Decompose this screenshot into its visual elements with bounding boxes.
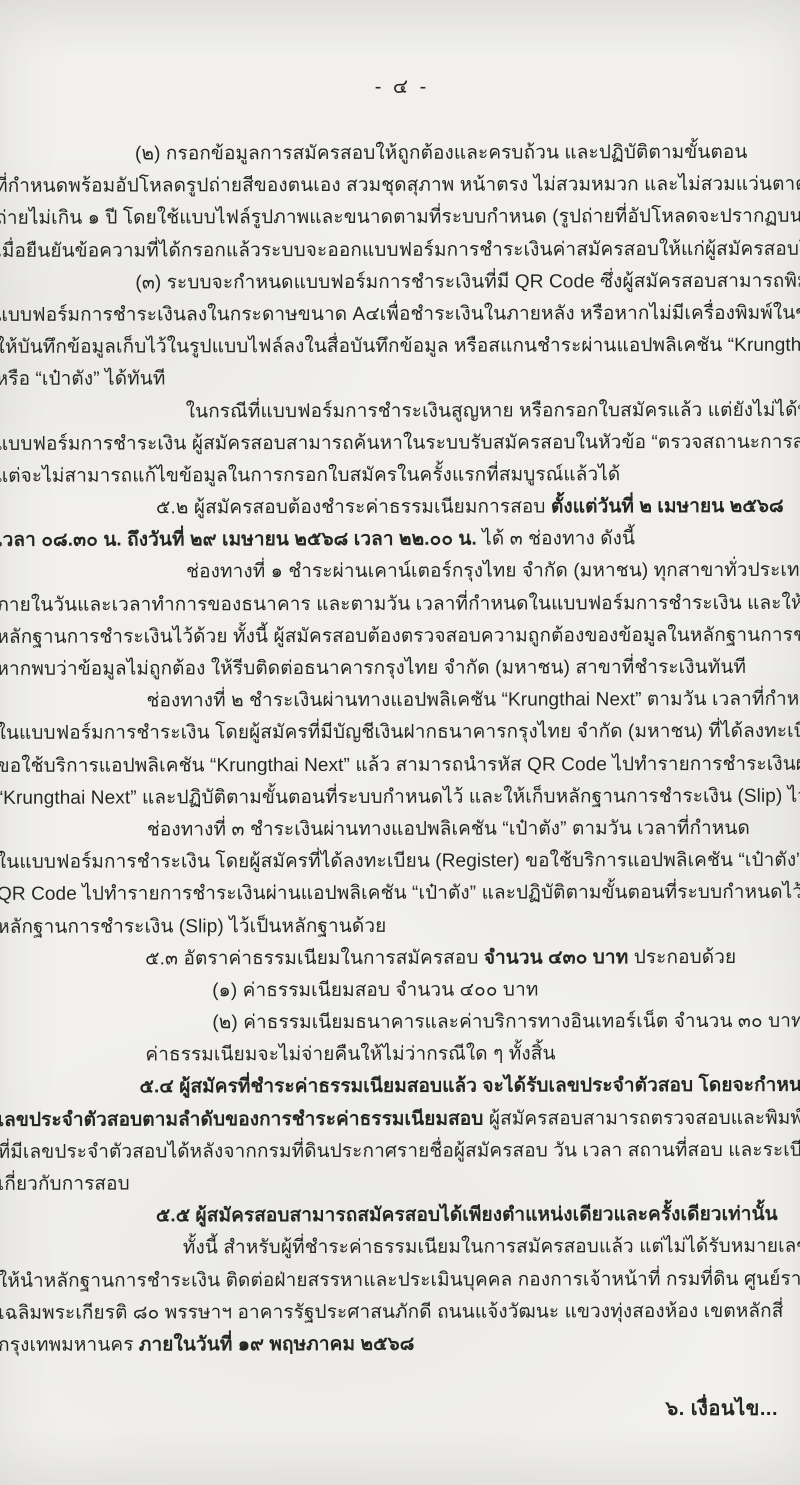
text-line: (๑) ค่าธรรมเนียมสอบ จำนวน ๔๐๐ บาท: [0, 974, 800, 1008]
text-segment: ถ่ายไม่เกิน ๑ ปี โดยใช้แบบไฟล์รูปภาพและข…: [0, 206, 800, 229]
text-segment: ๕.๓ อัตราค่าธรรมเนียมในการสมัครสอบ: [145, 947, 484, 969]
text-line: (๒) กรอกข้อมูลการสมัครสอบให้ถูกต้องและคร…: [0, 137, 800, 171]
bold-text-segment: เลขประจำตัวสอบตามลำดับของการชำระค่าธรรมเ…: [0, 1108, 483, 1130]
text-line: (๓) ระบบจะกำหนดแบบฟอร์มการชำระเงินที่มี …: [0, 265, 800, 299]
text-line: เมื่อยืนยันข้อความที่ได้กรอกแล้วระบบจะออ…: [0, 233, 800, 267]
text-line: แบบฟอร์มการชำระเงินลงในกระดาษขนาด A๔เพื่…: [0, 298, 800, 332]
text-line: แต่จะไม่สามารถแก้ไขข้อมูลในการกรอกใบสมัค…: [0, 459, 800, 493]
text-segment: ให้นำหลักฐานการชำระเงิน ติดต่อฝ่ายสรรหาแ…: [0, 1268, 800, 1291]
continuation-catchword: ๖. เงื่อนไข...: [666, 1392, 779, 1424]
text-segment: ในแบบฟอร์มการชำระเงิน โดยผู้สมัครที่มีบั…: [0, 721, 800, 744]
text-line: ให้บันทึกข้อมูลเก็บไว้ในรูปแบบไฟล์ลงในสื…: [0, 330, 800, 364]
text-line: หากพบว่าข้อมูลไม่ถูกต้อง ให้รีบติดต่อธนา…: [0, 652, 800, 686]
text-segment: ๕.๒ ผู้สมัครสอบต้องชำระค่าธรรมเนียมการสอ…: [156, 496, 551, 518]
text-segment: (๒) ค่าธรรมเนียมธนาคารและค่าบริการทางอิน…: [212, 1011, 800, 1034]
bold-text-segment: ๕.๕ ผู้สมัครสอบสามารถสมัครสอบได้เพียงตำแ…: [156, 1204, 778, 1227]
text-line: ทั้งนี้ สำหรับผู้ที่ชำระค่าธรรมเนียมในกา…: [0, 1231, 800, 1265]
text-line: หลักฐานการชำระเงิน (Slip) ไว้เป็นหลักฐาน…: [0, 909, 800, 943]
text-line: ช่องทางที่ ๑ ชำระผ่านเคาน์เตอร์กรุงไทย จ…: [0, 555, 800, 589]
text-segment: ได้ ๓ ช่องทาง ดังนี้: [477, 528, 635, 549]
text-segment: (๑) ค่าธรรมเนียมสอบ จำนวน ๔๐๐ บาท: [212, 979, 538, 1001]
text-segment: (๒) กรอกข้อมูลการสมัครสอบให้ถูกต้องและคร…: [135, 142, 747, 165]
text-line: ๕.๒ ผู้สมัครสอบต้องชำระค่าธรรมเนียมการสอ…: [0, 491, 800, 525]
text-segment: ทั้งนี้ สำหรับผู้ที่ชำระค่าธรรมเนียมในกา…: [183, 1236, 800, 1259]
text-line: “Krungthai Next” และปฏิบัติตามขั้นตอนที่…: [0, 780, 800, 814]
text-line: ถ่ายไม่เกิน ๑ ปี โดยใช้แบบไฟล์รูปภาพและข…: [0, 201, 800, 235]
text-line: ค่าธรรมเนียมจะไม่จ่ายคืนให้ไม่ว่ากรณีใด …: [0, 1038, 800, 1072]
text-line: ๕.๕ ผู้สมัครสอบสามารถสมัครสอบได้เพียงตำแ…: [0, 1199, 800, 1233]
bold-text-segment: ๕.๔ ผู้สมัครที่ชำระค่าธรรมเนียมสอบแล้ว จ…: [139, 1075, 800, 1098]
text-line: เฉลิมพระเกียรติ ๘๐ พรรษาฯ อาคารรัฐประศาส…: [0, 1295, 800, 1329]
text-segment: QR Code ไปทำรายการชำระเงินผ่านแอปพลิเคชั…: [0, 882, 800, 905]
text-line: ๕.๔ ผู้สมัครที่ชำระค่าธรรมเนียมสอบแล้ว จ…: [0, 1070, 800, 1104]
bold-text-segment: ตั้งแต่วันที่ ๒ เมษายน ๒๕๖๘: [551, 496, 784, 518]
text-line: แบบฟอร์มการชำระเงิน ผู้สมัครสอบสามารถค้น…: [0, 426, 800, 460]
text-segment: หลักฐานการชำระเงินไว้ด้วย ทั้งนี้ ผู้สมั…: [0, 624, 800, 647]
text-segment: เฉลิมพระเกียรติ ๘๐ พรรษาฯ อาคารรัฐประศาส…: [0, 1301, 783, 1324]
text-line: ในแบบฟอร์มการชำระเงิน โดยผู้สมัครที่ได้ล…: [0, 845, 800, 879]
text-segment: ในกรณีที่แบบฟอร์มการชำระเงินสูญหาย หรือก…: [186, 399, 800, 422]
text-segment: ช่องทางที่ ๓ ชำระเงินผ่านทางแอปพลิเคชัน …: [147, 818, 750, 841]
text-line: ที่กำหนดพร้อมอัปโหลดรูปถ่ายสีของตนเอง สว…: [0, 169, 800, 203]
text-line: (๒) ค่าธรรมเนียมธนาคารและค่าบริการทางอิน…: [0, 1006, 800, 1040]
text-line: ขอใช้บริการแอปพลิเคชัน “Krungthai Next” …: [0, 748, 800, 782]
text-line: ช่องทางที่ ๒ ชำระเงินผ่านทางแอปพลิเคชัน …: [0, 684, 800, 718]
text-segment: ที่มีเลขประจำตัวสอบได้หลังจากกรมที่ดินปร…: [0, 1139, 800, 1162]
text-segment: ให้บันทึกข้อมูลเก็บไว้ในรูปแบบไฟล์ลงในสื…: [0, 335, 800, 358]
text-line: ในแบบฟอร์มการชำระเงิน โดยผู้สมัครที่มีบั…: [0, 716, 800, 750]
text-line: QR Code ไปทำรายการชำระเงินผ่านแอปพลิเคชั…: [0, 877, 800, 911]
text-segment: เมื่อยืนยันข้อความที่ได้กรอกแล้วระบบจะออ…: [0, 238, 800, 261]
text-segment: เกี่ยวกับการสอบ: [0, 1174, 130, 1195]
text-segment: (๓) ระบบจะกำหนดแบบฟอร์มการชำระเงินที่มี …: [135, 270, 800, 293]
text-segment: ขอใช้บริการแอปพลิเคชัน “Krungthai Next” …: [0, 753, 800, 776]
text-line: หรือ “เป๋าตัง” ได้ทันที: [0, 362, 800, 396]
text-segment: ผู้สมัครสอบสามารถตรวจสอบและพิมพ์ใบสมัคร: [483, 1107, 800, 1129]
text-segment: ที่กำหนดพร้อมอัปโหลดรูปถ่ายสีของตนเอง สว…: [0, 174, 800, 197]
text-segment: ประกอบด้วย: [628, 947, 736, 968]
text-segment: หากพบว่าข้อมูลไม่ถูกต้อง ให้รีบติดต่อธนา…: [0, 657, 746, 680]
text-line: กรุงเทพมหานคร ภายในวันที่ ๑๙ พฤษภาคม ๒๕๖…: [0, 1328, 800, 1362]
text-line: หลักฐานการชำระเงินไว้ด้วย ทั้งนี้ ผู้สมั…: [0, 620, 800, 654]
text-segment: หรือ “เป๋าตัง” ได้ทันที: [0, 369, 165, 390]
text-segment: ค่าธรรมเนียมจะไม่จ่ายคืนให้ไม่ว่ากรณีใด …: [145, 1044, 555, 1066]
text-segment: แบบฟอร์มการชำระเงิน ผู้สมัครสอบสามารถค้น…: [0, 431, 800, 454]
text-segment: ในแบบฟอร์มการชำระเงิน โดยผู้สมัครที่ได้ล…: [0, 849, 800, 873]
document-body: (๒) กรอกข้อมูลการสมัครสอบให้ถูกต้องและคร…: [0, 137, 800, 1362]
text-segment: ช่องทางที่ ๑ ชำระผ่านเคาน์เตอร์กรุงไทย จ…: [186, 560, 800, 583]
text-segment: หลักฐานการชำระเงิน (Slip) ไว้เป็นหลักฐาน…: [0, 915, 386, 937]
bold-text-segment: ภายในวันที่ ๑๙ พฤษภาคม ๒๕๖๘: [139, 1334, 415, 1356]
text-line: ที่มีเลขประจำตัวสอบได้หลังจากกรมที่ดินปร…: [0, 1135, 800, 1169]
text-segment: กรุงเทพมหานคร: [0, 1334, 139, 1355]
text-line: ในกรณีที่แบบฟอร์มการชำระเงินสูญหาย หรือก…: [0, 394, 800, 428]
text-segment: ภายในวันและเวลาทำการของธนาคาร และตามวัน …: [0, 592, 800, 615]
page-number: - ๔ -: [0, 70, 800, 102]
text-line: ภายในวันและเวลาทำการของธนาคาร และตามวัน …: [0, 587, 800, 621]
text-line: ๕.๓ อัตราค่าธรรมเนียมในการสมัครสอบ จำนวน…: [0, 941, 800, 975]
text-line: เวลา ๐๘.๓๐ น. ถึงวันที่ ๒๙ เมษายน ๒๕๖๘ เ…: [0, 523, 800, 557]
text-segment: “Krungthai Next” และปฏิบัติตามขั้นตอนที่…: [0, 785, 800, 808]
bold-text-segment: จำนวน ๔๓๐ บาท: [484, 947, 628, 968]
text-segment: แบบฟอร์มการชำระเงินลงในกระดาษขนาด A๔เพื่…: [0, 303, 800, 326]
text-line: เกี่ยวกับการสอบ: [0, 1167, 800, 1201]
text-segment: แต่จะไม่สามารถแก้ไขข้อมูลในการกรอกใบสมัค…: [0, 464, 620, 487]
text-segment: ช่องทางที่ ๒ ชำระเงินผ่านทางแอปพลิเคชัน …: [146, 689, 800, 712]
text-line: ให้นำหลักฐานการชำระเงิน ติดต่อฝ่ายสรรหาแ…: [0, 1263, 800, 1297]
scanned-document-page: - ๔ - (๒) กรอกข้อมูลการสมัครสอบให้ถูกต้อ…: [0, 0, 800, 1485]
text-line: ช่องทางที่ ๓ ชำระเงินผ่านทางแอปพลิเคชัน …: [0, 813, 800, 847]
text-line: เลขประจำตัวสอบตามลำดับของการชำระค่าธรรมเ…: [0, 1102, 800, 1136]
bold-text-segment: เวลา ๐๘.๓๐ น. ถึงวันที่ ๒๙ เมษายน ๒๕๖๘ เ…: [0, 529, 477, 551]
